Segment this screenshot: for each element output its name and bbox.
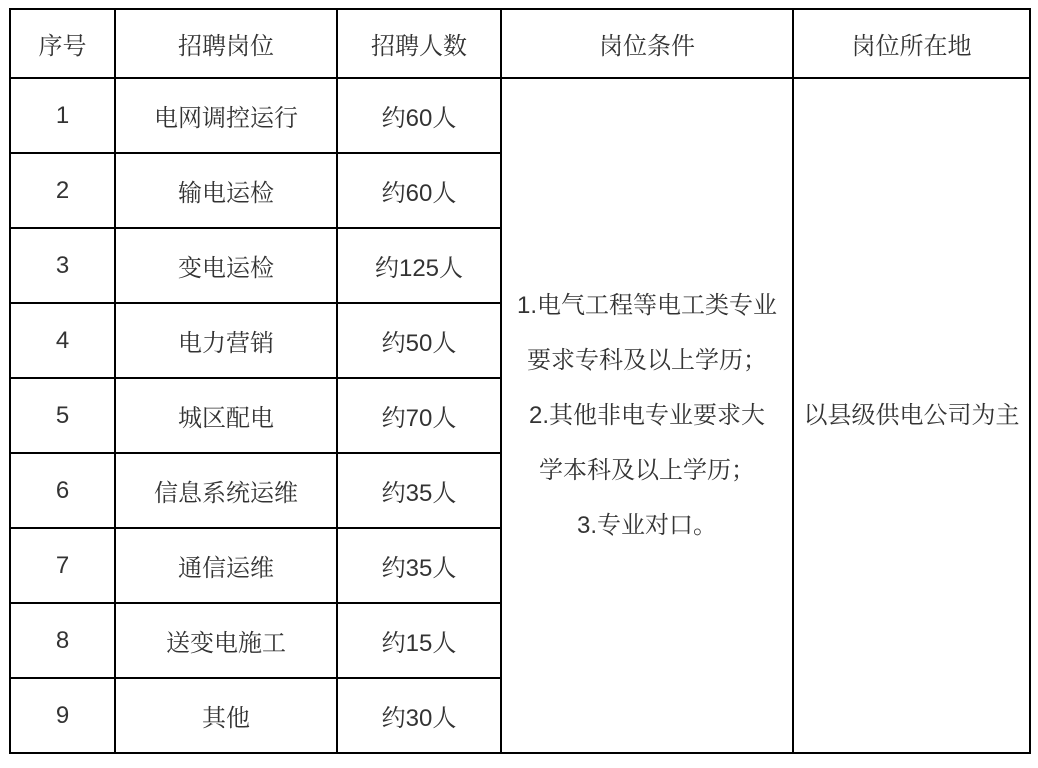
cell-headcount: 约50人 bbox=[337, 303, 501, 378]
cell-headcount: 约30人 bbox=[337, 678, 501, 753]
page: 序号 招聘岗位 招聘人数 岗位条件 岗位所在地 1 电网调控运行 约60人 1.… bbox=[0, 0, 1038, 768]
cell-position: 变电运检 bbox=[115, 228, 337, 303]
cell-no: 5 bbox=[10, 378, 115, 453]
condition-line: 1.电气工程等电工类专业 bbox=[502, 278, 792, 333]
cell-position: 电力营销 bbox=[115, 303, 337, 378]
cell-conditions: 1.电气工程等电工类专业 要求专科及以上学历； 2.其他非电专业要求大 学本科及… bbox=[501, 78, 793, 753]
cell-no: 7 bbox=[10, 528, 115, 603]
header-location: 岗位所在地 bbox=[793, 9, 1030, 78]
cell-no: 4 bbox=[10, 303, 115, 378]
header-no: 序号 bbox=[10, 9, 115, 78]
cell-headcount: 约15人 bbox=[337, 603, 501, 678]
cell-position: 送变电施工 bbox=[115, 603, 337, 678]
cell-position: 城区配电 bbox=[115, 378, 337, 453]
header-headcount: 招聘人数 bbox=[337, 9, 501, 78]
header-conditions: 岗位条件 bbox=[501, 9, 793, 78]
cell-position: 电网调控运行 bbox=[115, 78, 337, 153]
cell-no: 6 bbox=[10, 453, 115, 528]
cell-position: 信息系统运维 bbox=[115, 453, 337, 528]
condition-line: 2.其他非电专业要求大 bbox=[502, 388, 792, 443]
cell-no: 3 bbox=[10, 228, 115, 303]
condition-line: 学本科及以上学历； bbox=[502, 443, 792, 498]
header-row: 序号 招聘岗位 招聘人数 岗位条件 岗位所在地 bbox=[10, 9, 1030, 78]
table-row: 1 电网调控运行 约60人 1.电气工程等电工类专业 要求专科及以上学历； 2.… bbox=[10, 78, 1030, 153]
cell-location: 以县级供电公司为主 bbox=[793, 78, 1030, 753]
cell-no: 2 bbox=[10, 153, 115, 228]
cell-position: 通信运维 bbox=[115, 528, 337, 603]
cell-headcount: 约35人 bbox=[337, 528, 501, 603]
cell-no: 9 bbox=[10, 678, 115, 753]
cell-headcount: 约60人 bbox=[337, 78, 501, 153]
cell-headcount: 约125人 bbox=[337, 228, 501, 303]
cell-no: 8 bbox=[10, 603, 115, 678]
cell-headcount: 约70人 bbox=[337, 378, 501, 453]
condition-line: 要求专科及以上学历； bbox=[502, 333, 792, 388]
cell-headcount: 约60人 bbox=[337, 153, 501, 228]
cell-headcount: 约35人 bbox=[337, 453, 501, 528]
recruitment-table: 序号 招聘岗位 招聘人数 岗位条件 岗位所在地 1 电网调控运行 约60人 1.… bbox=[9, 8, 1031, 754]
cell-position: 输电运检 bbox=[115, 153, 337, 228]
header-position: 招聘岗位 bbox=[115, 9, 337, 78]
cell-no: 1 bbox=[10, 78, 115, 153]
cell-position: 其他 bbox=[115, 678, 337, 753]
condition-line: 3.专业对口。 bbox=[502, 498, 792, 553]
